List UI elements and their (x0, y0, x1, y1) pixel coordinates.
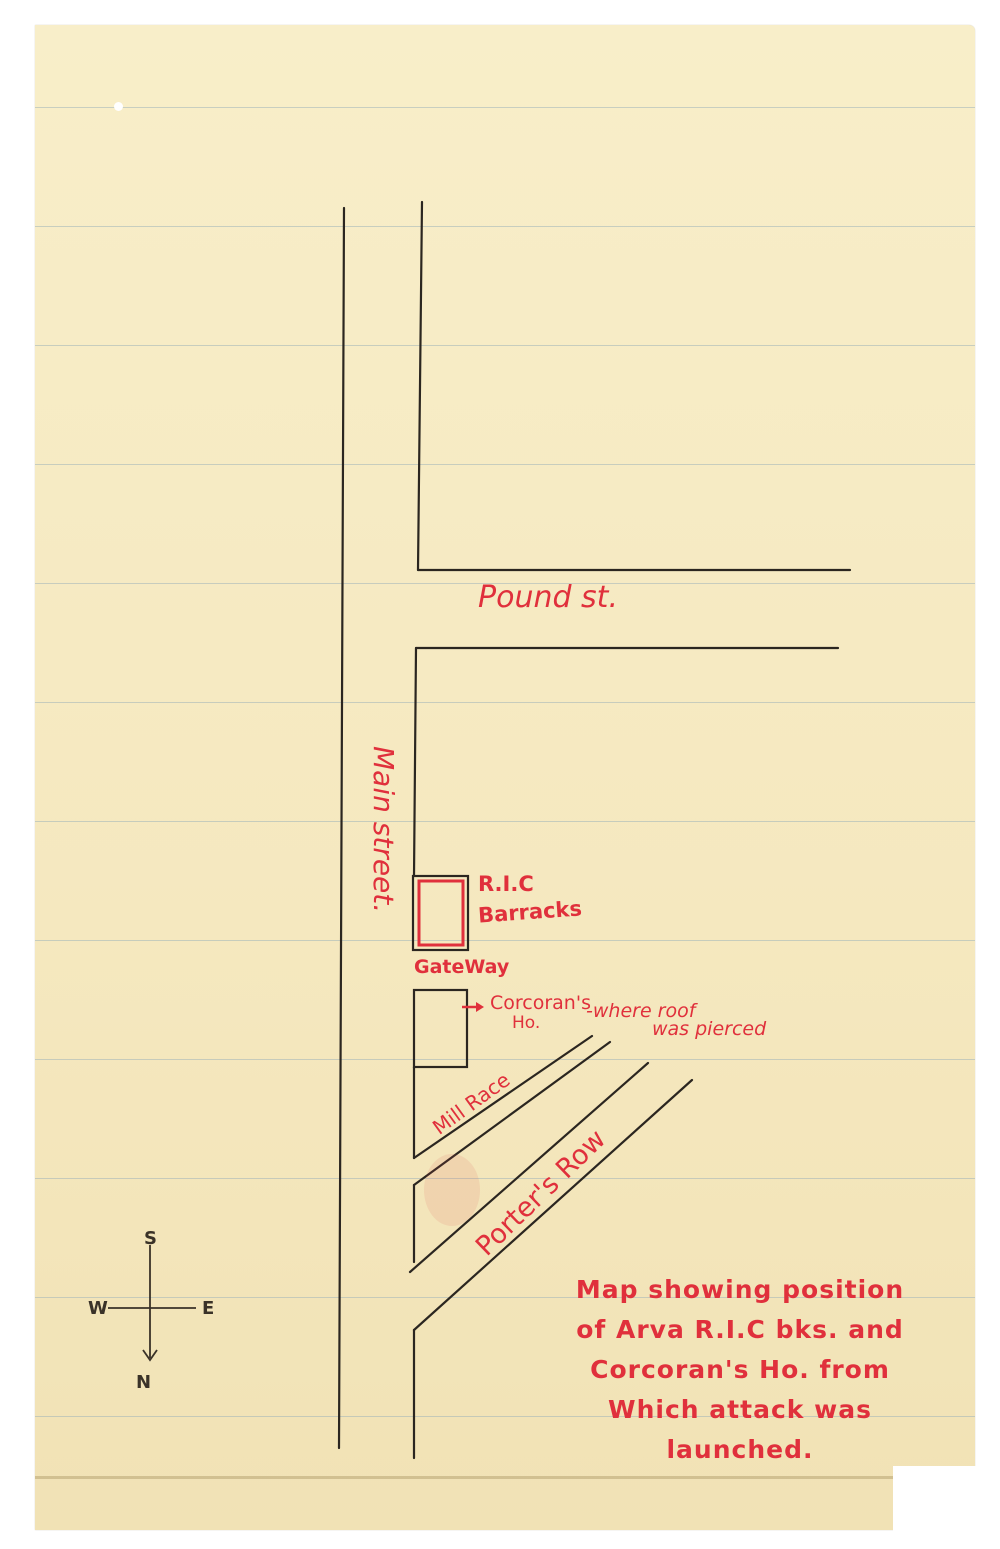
gateway-label: GateWay (414, 956, 509, 978)
roof-note-line2: was pierced (652, 1018, 766, 1040)
pound-street-label: Pound st. (478, 580, 618, 615)
caption-line1: Map showing position (560, 1270, 920, 1310)
compass-west-label: W (88, 1298, 108, 1319)
corcorans-house-outline (414, 990, 467, 1067)
compass-east-label: E (202, 1298, 214, 1319)
barracks-outline (413, 876, 468, 950)
map-caption: Map showing position of Arva R.I.C bks. … (560, 1270, 920, 1470)
caption-line5: launched. (560, 1430, 920, 1470)
arrow-head-icon (476, 1002, 484, 1012)
main-street-label: Main street. (367, 746, 400, 913)
ink-stain (424, 1154, 480, 1226)
compass-south-label: S (144, 1228, 157, 1249)
main-street-east-edge-upper (418, 202, 422, 570)
barracks-label-line1: R.I.C (478, 872, 534, 896)
corcorans-label-line1: Corcoran's (490, 992, 591, 1014)
caption-line4: Which attack was (560, 1390, 920, 1430)
barracks-red-outline (419, 881, 463, 945)
main-street-east-edge-middle (414, 648, 416, 876)
compass-rose (108, 1245, 196, 1360)
caption-line3: Corcoran's Ho. from (560, 1350, 920, 1390)
mill-race-north-edge (414, 1036, 592, 1158)
caption-line2: of Arva R.I.C bks. and (560, 1310, 920, 1350)
main-street-west-edge (339, 208, 344, 1448)
compass-north-label: N (136, 1372, 151, 1393)
corcorans-label-line2: Ho. (512, 1013, 540, 1033)
